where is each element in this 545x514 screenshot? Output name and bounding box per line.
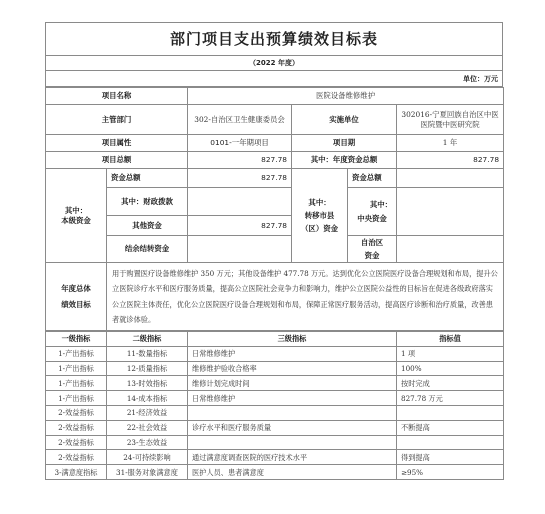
region-funds-value [397,236,504,263]
local-total-label: 资金总额 [107,169,188,188]
level3-cell: 通过满意度调查医院的医疗技术水平 [188,450,397,465]
local-total-value: 827.78 [188,169,292,188]
transfer-total-value [397,169,504,188]
table-row: 2-效益指标 24-可持续影响 通过满意度调查医院的医疗技术水平 得到提高 [46,450,504,465]
table-row: 2-效益指标 21-经济效益 [46,405,504,420]
project-period-value: 1 年 [397,135,504,152]
level2-cell: 21-经济效益 [107,405,188,420]
level2-cell: 13-时效指标 [107,376,188,391]
level3-cell: 医护人员、患者满意度 [188,465,397,480]
level3-cell: 诊疗水平和医疗服务质量 [188,420,397,435]
value-cell: 得到提高 [397,450,504,465]
table-row: 1-产出指标 12-质量指标 维修维护验收合格率 100% [46,361,504,376]
value-cell: ≥95% [397,465,504,480]
level1-cell: 2-效益指标 [46,420,107,435]
indicators-header-row: 一级指标 二级指标 三级指标 指标值 [46,332,504,347]
local-funds-label-line2: 本级资金 [50,216,102,226]
central-funds-label: 其中： 中央资金 [348,188,397,236]
local-funds-label: 其中： 本级资金 [46,169,107,263]
annual-goal-label: 年度总体 绩效目标 [46,263,107,331]
annual-goal-text: 用于购置医疗设备维修维护 350 万元；其他设备维护 477.78 万元。达到优… [107,263,504,331]
table-row: 2-效益指标 23-生态效益 [46,435,504,450]
central-funds-value [397,188,504,236]
level3-cell: 日常维修维护 [188,391,397,406]
level3-cell [188,435,397,450]
dept-label: 主管部门 [46,105,188,135]
level1-cell: 1-产出指标 [46,391,107,406]
carryover-funds-label: 结余结转资金 [107,236,188,263]
project-name-value: 医院设备维修维护 [188,88,504,105]
table-row: 1-产出指标 14-成本指标 日常维修维护 827.78 万元 [46,391,504,406]
transfer-label-line3: （区）资金 [296,222,343,235]
level3-cell: 日常维修维护 [188,346,397,361]
transfer-total-label: 资金总额 [348,169,397,188]
dept-value: 302-自治区卫生健康委员会 [188,105,292,135]
transfer-label-line2: 转移市县 [296,209,343,222]
fiscal-allocation-label: 其中：财政拨款 [107,188,188,216]
impl-unit-label: 实施单位 [292,105,397,135]
budget-performance-sheet: 部门项目支出预算绩效目标表 （2022 年度） 单位：万元 项目名称 医院设备维… [45,22,503,480]
carryover-funds-value [188,236,292,263]
level1-cell: 1-产出指标 [46,376,107,391]
level1-cell: 1-产出指标 [46,361,107,376]
project-period-label: 项目期 [292,135,397,152]
value-cell: 827.78 万元 [397,391,504,406]
header-table: 部门项目支出预算绩效目标表 （2022 年度） 单位：万元 [45,22,503,87]
level1-cell: 2-效益指标 [46,450,107,465]
level1-cell: 1-产出指标 [46,346,107,361]
central-label-line1: 其中： [352,198,392,212]
level2-cell: 12-质量指标 [107,361,188,376]
level1-cell: 2-效益指标 [46,405,107,420]
level2-cell: 31-服务对象满意度 [107,465,188,480]
other-funds-label: 其他资金 [107,216,188,236]
col-header-level1: 一级指标 [46,332,107,347]
level1-cell: 2-效益指标 [46,435,107,450]
level3-cell [188,405,397,420]
level3-cell: 维修计划完成时间 [188,376,397,391]
page-title: 部门项目支出预算绩效目标表 [46,23,503,56]
transfer-label-line1: 其中： [296,196,343,209]
value-cell: 100% [397,361,504,376]
table-row: 1-产出指标 11-数量指标 日常维修维护 1 项 [46,346,504,361]
region-funds-label: 自治区 资金 [348,236,397,263]
region-label-line2: 资金 [352,249,392,262]
col-header-level2: 二级指标 [107,332,188,347]
transfer-funds-label: 其中： 转移市县 （区）资金 [292,169,348,263]
project-attr-label: 项目属性 [46,135,188,152]
impl-unit-value: 302016-宁夏回族自治区中医医院暨中医研究院 [397,105,504,135]
central-label-line2: 中央资金 [352,212,392,226]
region-label-line1: 自治区 [352,236,392,249]
project-attr-value: 0101-一年期项目 [188,135,292,152]
project-total-value: 827.78 [188,152,292,169]
table-row: 3-满意度指标 31-服务对象满意度 医护人员、患者满意度 ≥95% [46,465,504,480]
value-cell: 1 项 [397,346,504,361]
annual-total-label: 其中：年度资金总额 [292,152,397,169]
value-cell [397,405,504,420]
value-cell [397,435,504,450]
table-row: 2-效益指标 22-社会效益 诊疗水平和医疗服务质量 不断提高 [46,420,504,435]
goal-label-line1: 年度总体 [50,281,102,297]
local-funds-label-line1: 其中： [50,206,102,216]
annual-total-value: 827.78 [397,152,504,169]
level2-cell: 14-成本指标 [107,391,188,406]
level2-cell: 23-生态效益 [107,435,188,450]
value-cell: 按时完成 [397,376,504,391]
project-total-label: 项目总额 [46,152,188,169]
project-name-label: 项目名称 [46,88,188,105]
goal-label-line2: 绩效目标 [50,297,102,313]
level2-cell: 22-社会效益 [107,420,188,435]
unit-label: 单位：万元 [46,71,503,87]
fiscal-allocation-value [188,188,292,216]
level3-cell: 维修维护验收合格率 [188,361,397,376]
fiscal-year: （2022 年度） [46,56,503,71]
level2-cell: 11-数量指标 [107,346,188,361]
indicators-table: 一级指标 二级指标 三级指标 指标值 1-产出指标 11-数量指标 日常维修维护… [45,331,504,480]
col-header-value: 指标值 [397,332,504,347]
project-info-table: 项目名称 医院设备维修维护 主管部门 302-自治区卫生健康委员会 实施单位 3… [45,87,504,331]
level1-cell: 3-满意度指标 [46,465,107,480]
value-cell: 不断提高 [397,420,504,435]
table-row: 1-产出指标 13-时效指标 维修计划完成时间 按时完成 [46,376,504,391]
other-funds-value: 827.78 [188,216,292,236]
level2-cell: 24-可持续影响 [107,450,188,465]
col-header-level3: 三级指标 [188,332,397,347]
